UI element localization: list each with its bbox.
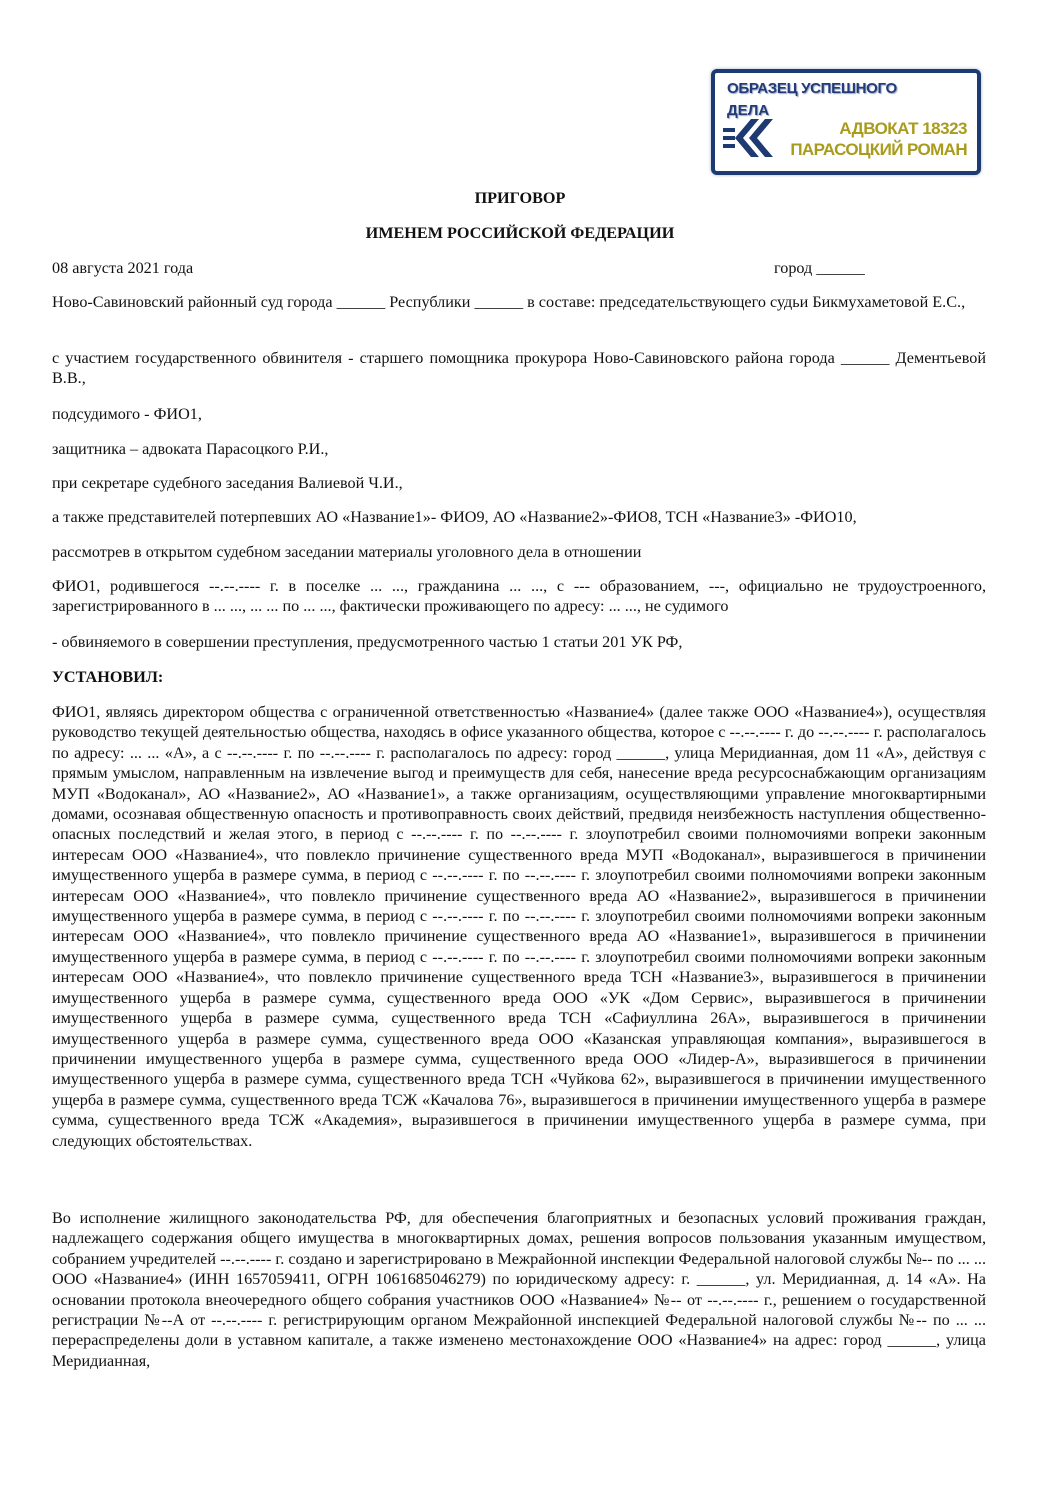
heading-established: УСТАНОВИЛ: bbox=[52, 667, 986, 687]
paragraph-court: Ново-Савиновский районный суд города ___… bbox=[52, 292, 986, 312]
stamp-line-3: АДВОКАТ 18323 bbox=[839, 119, 967, 139]
paragraph-defendant: подсудимого - ФИО1, bbox=[52, 404, 986, 424]
stamp-line-1: ОБРАЗЕЦ УСПЕШНОГО bbox=[727, 79, 897, 99]
paragraph-considered: рассмотрев в открытом судебном заседании… bbox=[52, 542, 986, 562]
stamp-line-4: ПАРАСОЦКИЙ РОМАН bbox=[790, 140, 967, 160]
document-subtitle: ИМЕНЕМ РОССИЙСКОЙ ФЕДЕРАЦИИ bbox=[0, 223, 1040, 243]
lawyer-stamp: ОБРАЗЕЦ УСПЕШНОГО ДЕЛА АДВОКАТ 18323 ПАР… bbox=[711, 69, 981, 175]
ek-logo-icon bbox=[721, 117, 777, 157]
paragraph-secretary: при секретаре судебного заседания Валиев… bbox=[52, 473, 986, 493]
document-city: город ______ bbox=[774, 258, 865, 278]
document-title: ПРИГОВОР bbox=[0, 188, 1040, 208]
paragraph-main: ФИО1, являясь директором общества с огра… bbox=[52, 702, 986, 1151]
paragraph-victims: а также представителей потерпевших АО «Н… bbox=[52, 507, 986, 527]
paragraph-charged: - обвиняемого в совершении преступления,… bbox=[52, 632, 986, 652]
paragraph-person: ФИО1, родившегося --.--.---- г. в поселк… bbox=[52, 576, 986, 617]
paragraph-housing: Во исполнение жилищного законодательства… bbox=[52, 1208, 986, 1371]
document-page: ОБРАЗЕЦ УСПЕШНОГО ДЕЛА АДВОКАТ 18323 ПАР… bbox=[0, 0, 1062, 1500]
paragraph-prosecutor: с участием государственного обвинителя -… bbox=[52, 348, 986, 389]
paragraph-defender: защитника – адвоката Парасоцкого Р.И., bbox=[52, 439, 986, 459]
